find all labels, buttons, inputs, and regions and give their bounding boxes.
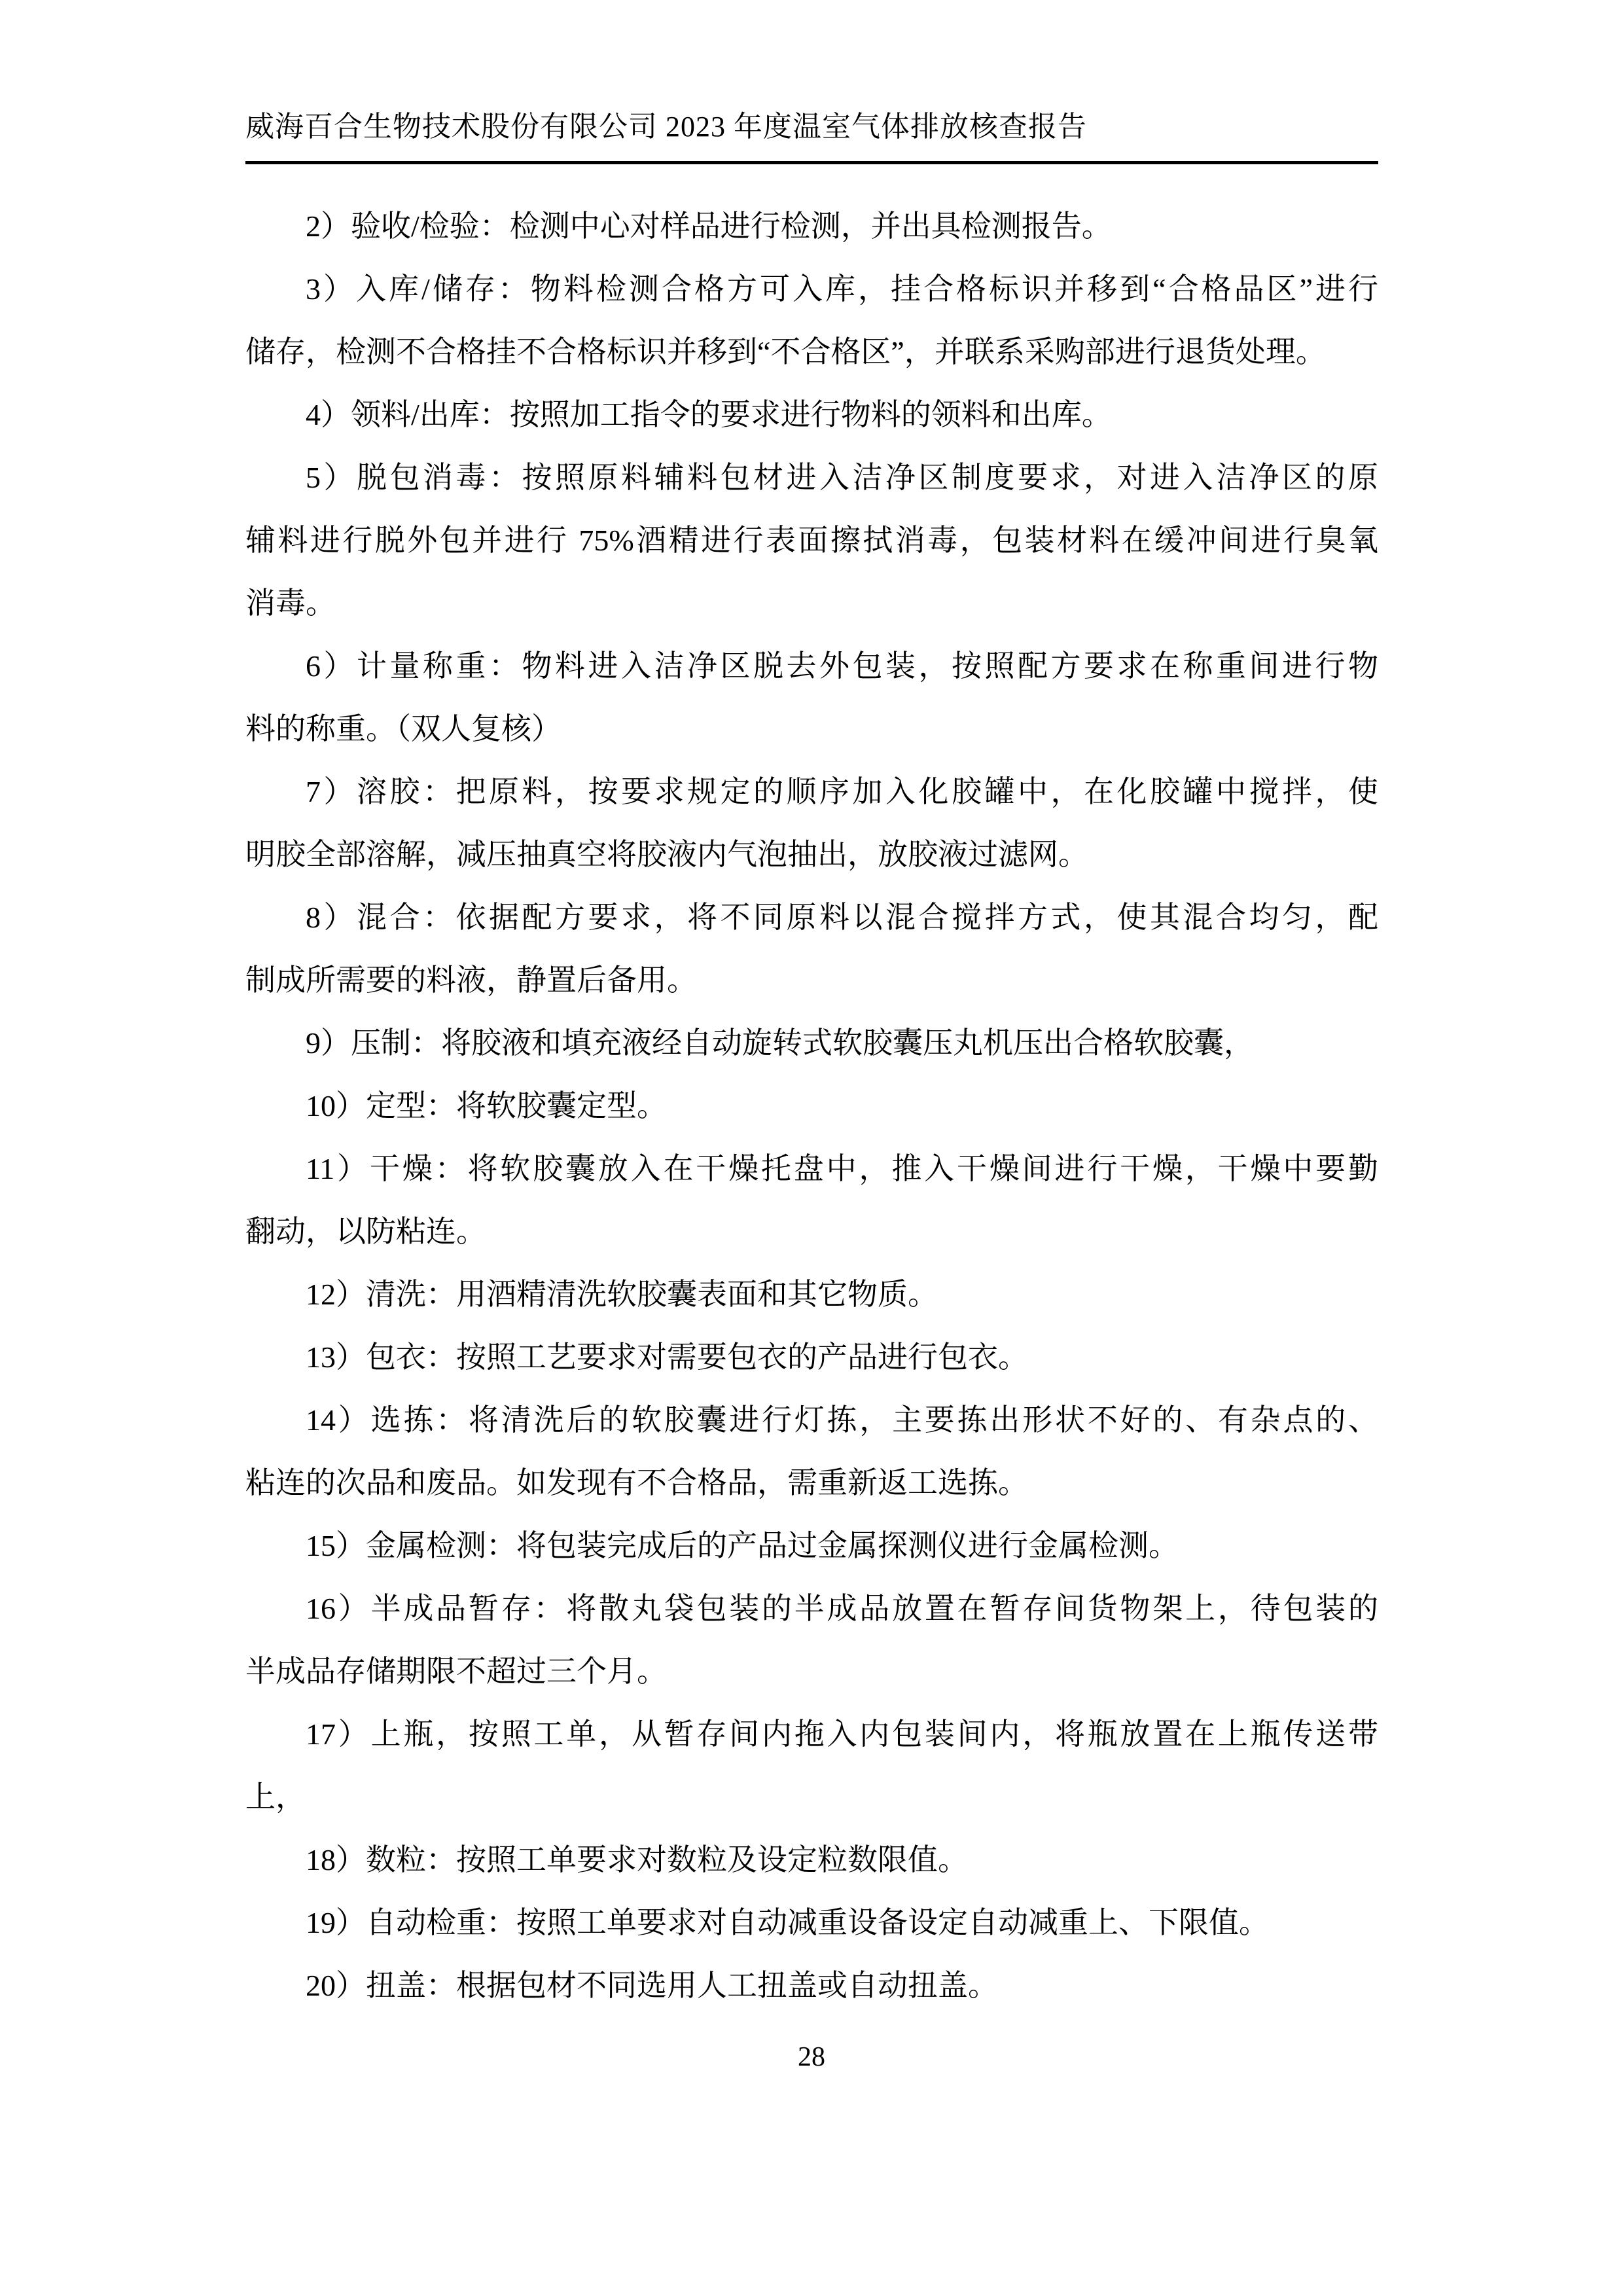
text-line-item-12: 12）清洗：用酒精清洗软胶囊表面和其它物质。 <box>245 1263 1378 1326</box>
text-line-item-16-cont: 半成品存储期限不超过三个月。 <box>245 1640 1378 1703</box>
page-footer: 28 <box>0 2041 1623 2073</box>
text-line-item-7-cont: 明胶全部溶解，减压抽真空将胶液内气泡抽出，放胶液过滤网。 <box>245 823 1378 886</box>
text-line-item-11-cont: 翻动，以防粘连。 <box>245 1200 1378 1263</box>
page-number: 28 <box>798 2041 825 2073</box>
text-line-item-10: 10）定型：将软胶囊定型。 <box>245 1075 1378 1138</box>
text-line-item-5-cont2: 消毒。 <box>245 572 1378 635</box>
page-header: 威海百合生物技术股份有限公司 2023 年度温室气体排放核查报告 <box>245 110 1378 164</box>
text-line-item-8-cont: 制成所需要的料液，静置后备用。 <box>245 949 1378 1012</box>
text-line-item-8: 8）混合：依据配方要求，将不同原料以混合搅拌方式，使其混合均匀，配 <box>245 886 1378 949</box>
text-line-item-9: 9）压制：将胶液和填充液经自动旋转式软胶囊压丸机压出合格软胶囊， <box>245 1012 1378 1075</box>
text-line-item-2: 2）验收/检验：检测中心对样品进行检测，并出具检测报告。 <box>245 195 1378 258</box>
text-line-item-14-cont: 粘连的次品和废品。如发现有不合格品，需重新返工选拣。 <box>245 1452 1378 1515</box>
text-line-item-13: 13）包衣：按照工艺要求对需要包衣的产品进行包衣。 <box>245 1326 1378 1389</box>
text-line-item-4: 4）领料/出库：按照加工指令的要求进行物料的领料和出库。 <box>245 384 1378 446</box>
text-line-item-3: 3）入库/储存：物料检测合格方可入库，挂合格标识并移到“合格品区”进行 <box>245 258 1378 321</box>
text-line-item-19: 19）自动检重：按照工单要求对自动减重设备设定自动减重上、下限值。 <box>245 1892 1378 1954</box>
text-line-item-17-cont: 上， <box>245 1766 1378 1829</box>
text-line-item-6-cont: 料的称重。（双人复核） <box>245 698 1378 761</box>
text-line-item-20: 20）扭盖：根据包材不同选用人工扭盖或自动扭盖。 <box>245 1954 1378 2017</box>
text-line-item-7: 7）溶胶：把原料，按要求规定的顺序加入化胶罐中，在化胶罐中搅拌，使 <box>245 761 1378 823</box>
text-line-item-18: 18）数粒：按照工单要求对数粒及设定粒数限值。 <box>245 1829 1378 1892</box>
text-line-item-6: 6）计量称重：物料进入洁净区脱去外包装，按照配方要求在称重间进行物 <box>245 635 1378 698</box>
document-body: 2）验收/检验：检测中心对样品进行检测，并出具检测报告。 3）入库/储存：物料检… <box>245 195 1378 2017</box>
text-line-item-11: 11）干燥：将软胶囊放入在干燥托盘中，推入干燥间进行干燥，干燥中要勤 <box>245 1138 1378 1200</box>
document-header-title: 威海百合生物技术股份有限公司 2023 年度温室气体排放核查报告 <box>245 110 1378 144</box>
text-line-item-3-cont: 储存，检测不合格挂不合格标识并移到“不合格区”，并联系采购部进行退货处理。 <box>245 321 1378 384</box>
text-line-item-15: 15）金属检测：将包装完成后的产品过金属探测仪进行金属检测。 <box>245 1515 1378 1577</box>
text-line-item-16: 16）半成品暂存：将散丸袋包装的半成品放置在暂存间货物架上，待包装的 <box>245 1577 1378 1640</box>
document-page: 威海百合生物技术股份有限公司 2023 年度温室气体排放核查报告 2）验收/检验… <box>0 0 1623 2296</box>
text-line-item-14: 14）选拣：将清洗后的软胶囊进行灯拣，主要拣出形状不好的、有杂点的、 <box>245 1389 1378 1452</box>
text-line-item-5-cont: 辅料进行脱外包并进行 75%酒精进行表面擦拭消毒，包装材料在缓冲间进行臭氧 <box>245 509 1378 572</box>
text-line-item-17: 17）上瓶，按照工单，从暂存间内拖入内包装间内，将瓶放置在上瓶传送带 <box>245 1703 1378 1766</box>
text-line-item-5: 5）脱包消毒：按照原料辅料包材进入洁净区制度要求，对进入洁净区的原 <box>245 446 1378 509</box>
